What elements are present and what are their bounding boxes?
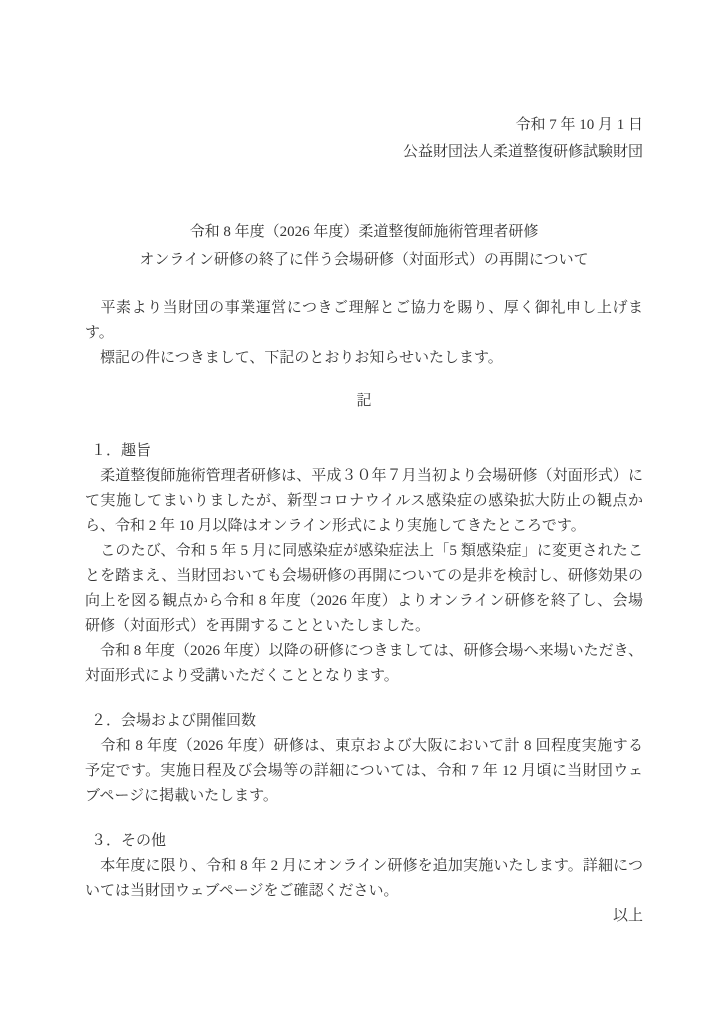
document-sender: 公益財団法人柔道整復研修試験財団 <box>85 139 643 166</box>
section-purpose-heading: １．趣旨 <box>85 439 643 464</box>
document-header: 令和 7 年 10 月 1 日 公益財団法人柔道整復研修試験財団 <box>85 112 643 166</box>
greeting-block: 平素より当財団の事業運営につきご理解とご協力を賜り、厚く御礼申し上げます。 標記… <box>85 296 643 371</box>
section-purpose-paragraph: 柔道整復師施術管理者研修は、平成３０年７月当初より会場研修（対面形式）にて実施し… <box>85 464 643 539</box>
greeting-paragraph: 標記の件につきまして、下記のとおりお知らせいたします。 <box>85 346 643 371</box>
section-venues: ２．会場および開催回数 令和 8 年度（2026 年度）研修は、東京および大阪に… <box>85 709 643 809</box>
document-date: 令和 7 年 10 月 1 日 <box>85 112 643 139</box>
section-purpose-paragraph: 令和 8 年度（2026 年度）以降の研修につきましては、研修会場へ来場いただき… <box>85 639 643 689</box>
closing-mark: 以上 <box>85 904 643 929</box>
section-venues-heading: ２．会場および開催回数 <box>85 709 643 734</box>
document-title-line-1: 令和 8 年度（2026 年度）柔道整復師施術管理者研修 <box>85 218 643 246</box>
section-purpose: １．趣旨 柔道整復師施術管理者研修は、平成３０年７月当初より会場研修（対面形式）… <box>85 439 643 689</box>
section-other-paragraph: 本年度に限り、令和 8 年 2 月にオンライン研修を追加実施いたします。詳細につ… <box>85 854 643 904</box>
section-purpose-paragraph: このたび、令和 5 年 5 月に同感染症が感染症法上「5 類感染症」に変更された… <box>85 539 643 639</box>
section-other-heading: ３．その他 <box>85 829 643 854</box>
document-page: 令和 7 年 10 月 1 日 公益財団法人柔道整復研修試験財団 令和 8 年度… <box>0 0 724 1024</box>
document-title-line-2: オンライン研修の終了に伴う会場研修（対面形式）の再開について <box>85 246 643 274</box>
record-mark: 記 <box>85 389 643 414</box>
section-venues-paragraph: 令和 8 年度（2026 年度）研修は、東京および大阪において計 8 回程度実施… <box>85 734 643 809</box>
greeting-paragraph: 平素より当財団の事業運営につきご理解とご協力を賜り、厚く御礼申し上げます。 <box>85 296 643 346</box>
document-title: 令和 8 年度（2026 年度）柔道整復師施術管理者研修 オンライン研修の終了に… <box>85 218 643 274</box>
section-other: ３．その他 本年度に限り、令和 8 年 2 月にオンライン研修を追加実施いたしま… <box>85 829 643 904</box>
